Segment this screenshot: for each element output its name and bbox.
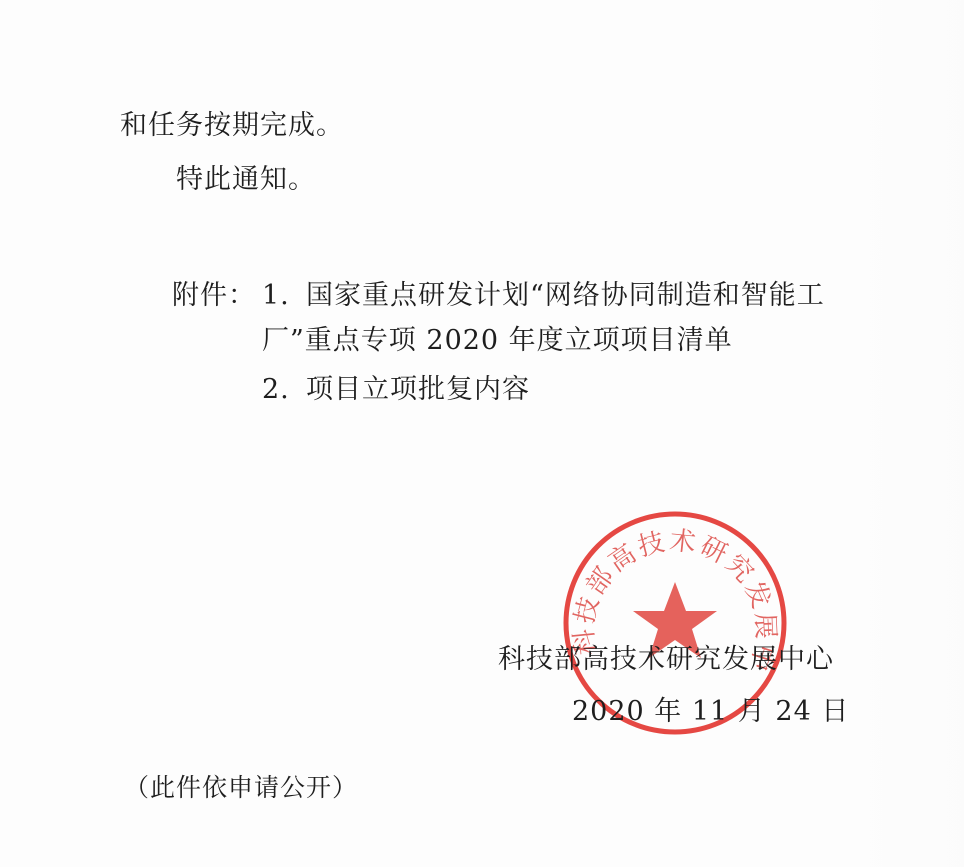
attachment-1-title-cont: 厂”重点专项 2020 年度立项项目清单	[262, 327, 733, 354]
page-edge-shadow	[854, 0, 964, 867]
attachment-2-number: 2.	[262, 376, 290, 403]
attachment-2-title: 项目立项批复内容	[306, 376, 530, 403]
attachment-1-title: 国家重点研发计划“网络协同制造和智能工	[306, 282, 825, 309]
body-line-completion: 和任务按期完成。	[120, 112, 344, 139]
body-line-notice: 特此通知。	[176, 166, 316, 193]
attachments-label: 附件：	[172, 282, 256, 309]
attachment-1-number: 1.	[262, 282, 290, 309]
signing-date: 2020 年 11 月 24 日	[572, 698, 849, 725]
disclosure-note: （此件依申请公开）	[124, 775, 358, 800]
signing-organization: 科技部高技术研究发展中心	[498, 646, 834, 673]
